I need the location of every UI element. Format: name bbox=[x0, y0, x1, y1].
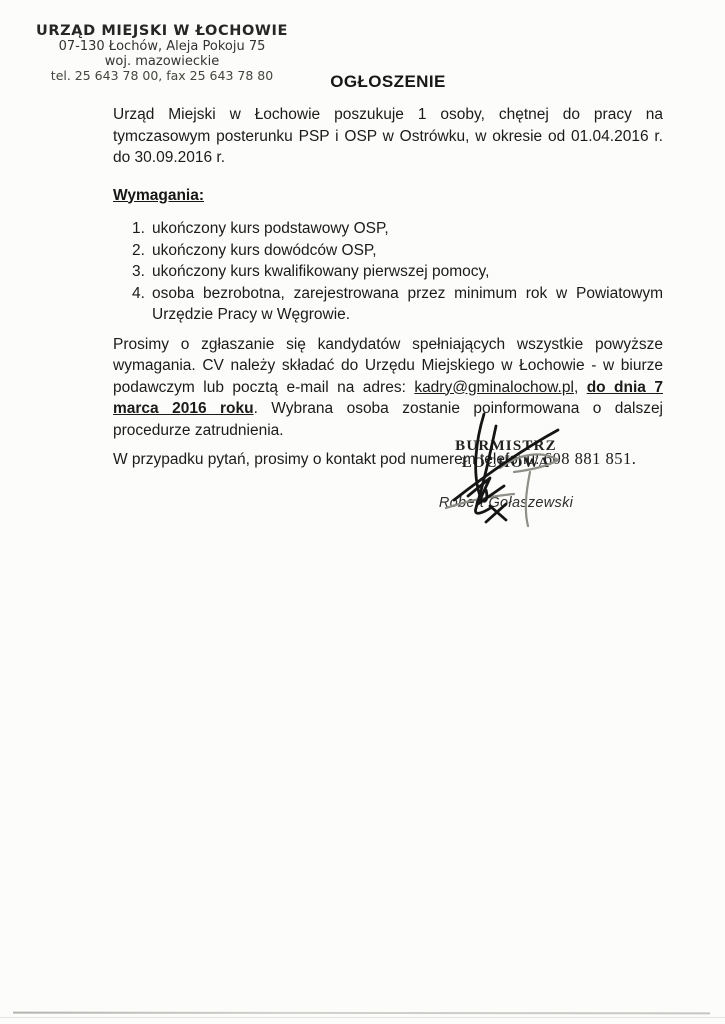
requirements-list: 1. ukończony kurs podstawowy OSP, 2. uko… bbox=[113, 218, 663, 326]
letterhead-address: 07-130 Łochów, Aleja Pokoju 75 bbox=[28, 40, 296, 55]
signature-role: BURMISTRZ ŁOCHOWA bbox=[410, 438, 602, 472]
document-body: Urząd Miejski w Łochowie poszukuje 1 oso… bbox=[113, 104, 663, 471]
email-address: kadry@gminalochow.pl bbox=[414, 379, 574, 396]
requirement-text: ukończony kurs kwalifikowany pierwszej p… bbox=[152, 261, 663, 283]
requirement-item: 2. ukończony kurs dowódców OSP, bbox=[113, 240, 663, 262]
requirement-text: ukończony kurs podstawowy OSP, bbox=[152, 218, 663, 240]
document-title: OGŁOSZENIE bbox=[113, 72, 663, 92]
requirement-number: 1. bbox=[132, 218, 152, 240]
letterhead-voivodeship: woj. mazowieckie bbox=[28, 55, 296, 70]
requirement-item: 4. osoba bezrobotna, zarejestrowana prze… bbox=[113, 283, 663, 326]
requirement-number: 3. bbox=[132, 261, 152, 283]
letterhead-org-name: URZĄD MIEJSKI W ŁOCHOWIE bbox=[28, 22, 296, 40]
signature-name: Robert Gołaszewski bbox=[410, 495, 602, 511]
application-paragraph: Prosimy o zgłaszanie się kandydatów speł… bbox=[113, 334, 663, 442]
requirement-number: 4. bbox=[132, 283, 152, 326]
scanned-announcement-page: URZĄD MIEJSKI W ŁOCHOWIE 07-130 Łochów, … bbox=[0, 0, 725, 1024]
scan-artifact-line bbox=[13, 1012, 710, 1015]
requirement-text: ukończony kurs dowódców OSP, bbox=[152, 240, 663, 262]
requirements-heading: Wymagania: bbox=[113, 185, 663, 207]
requirement-text: osoba bezrobotna, zarejestrowana przez m… bbox=[152, 283, 663, 326]
requirement-number: 2. bbox=[132, 240, 152, 262]
scan-artifact-line bbox=[0, 1017, 725, 1018]
requirement-item: 1. ukończony kurs podstawowy OSP, bbox=[113, 218, 663, 240]
requirement-item: 3. ukończony kurs kwalifikowany pierwsze… bbox=[113, 261, 663, 283]
intro-paragraph: Urząd Miejski w Łochowie poszukuje 1 oso… bbox=[113, 104, 663, 169]
signature-block: BURMISTRZ ŁOCHOWA Robert Gołaszewski bbox=[410, 438, 602, 511]
application-text-2: , bbox=[574, 379, 587, 396]
